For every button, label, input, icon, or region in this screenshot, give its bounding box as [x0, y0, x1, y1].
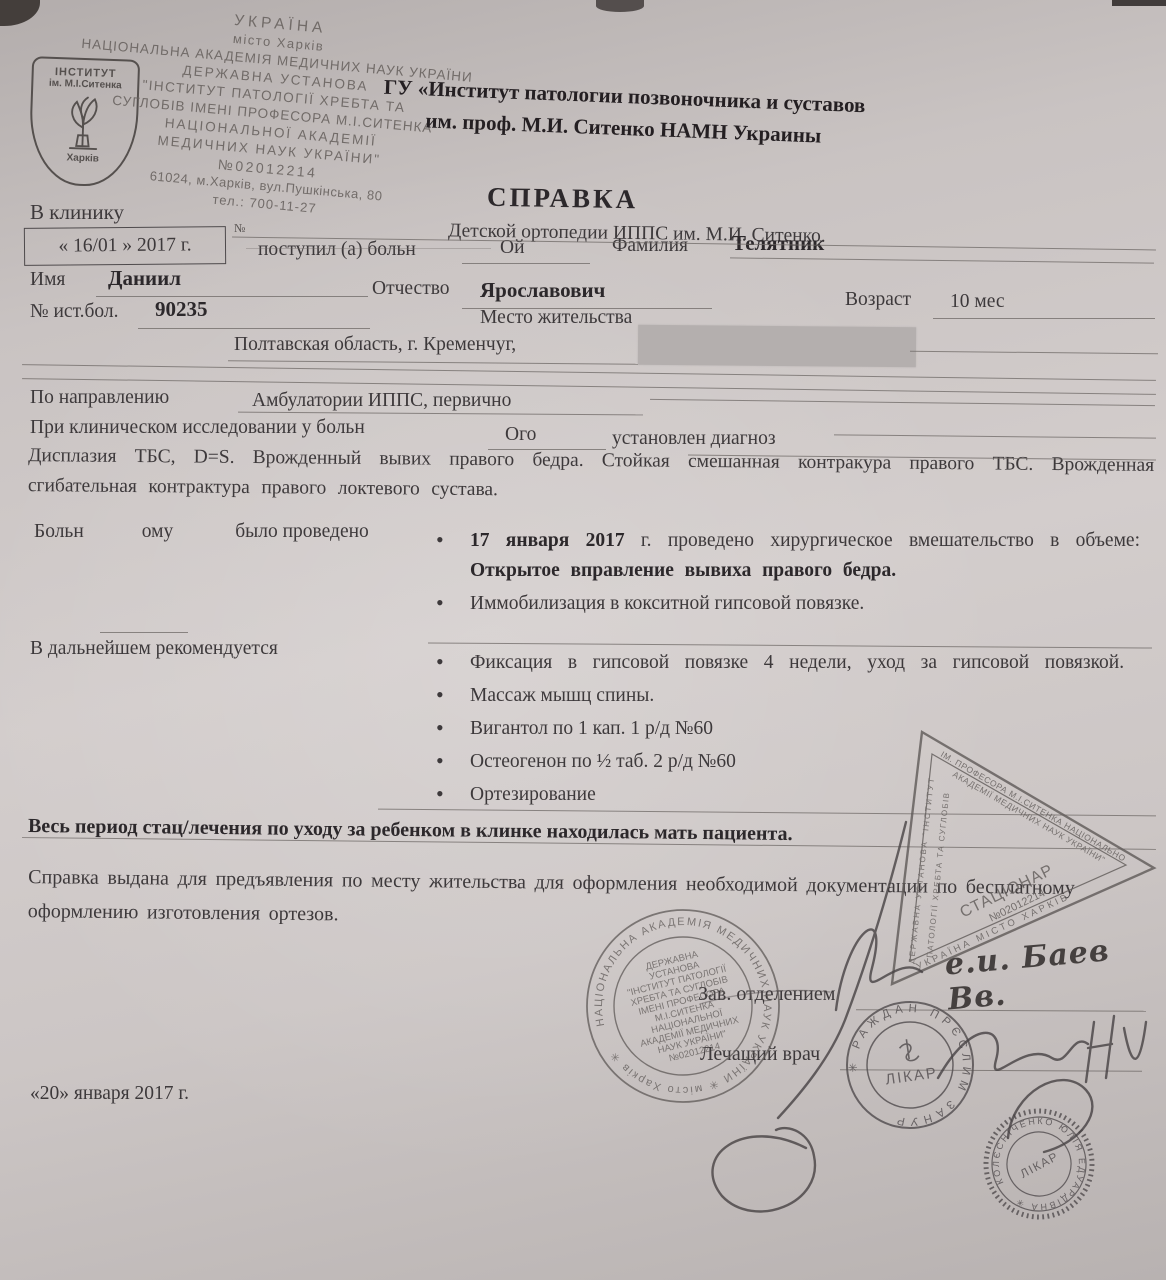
form-rule — [138, 328, 370, 329]
referral-label: По направлению — [30, 386, 169, 409]
exam-suffix: Ого — [505, 423, 536, 446]
performed-label-3: было проведено — [235, 521, 369, 542]
doctor-seal-ring-text: ✳ РАЖДАН ПРЄСЛИМ ЗАНУР — [840, 995, 981, 1136]
photo-corner-artifact — [0, 0, 40, 26]
form-rule — [22, 378, 1156, 395]
recommendations-label: В дальнейшем рекомендуется — [30, 637, 278, 660]
form-rule — [910, 351, 1158, 355]
firstname-value: Даниил — [108, 266, 181, 291]
diagnosis-text: Дисплазия ТБС, D=S. Врожденный вывих пра… — [28, 441, 1154, 511]
triangle-edge-text: ІМ. ПРОФЕСОРА М.І.СИТЕНКА НАЦІОНАЛЬНОЇ — [856, 712, 1128, 864]
photo-corner-artifact — [1112, 0, 1166, 6]
small-seal-center-text: ЛІКАР — [1018, 1149, 1061, 1181]
form-rule — [650, 399, 1155, 406]
triangle-stamp: ІМ. ПРОФЕСОРА М.І.СИТЕНКА НАЦІОНАЛЬНОЇ А… — [856, 712, 1166, 1018]
firstname-label: Имя — [30, 268, 65, 291]
patronymic-value: Ярославович — [480, 278, 605, 303]
performed-label: Больномубыло проведено — [34, 520, 369, 543]
form-rule — [834, 434, 1156, 438]
performed-item: Иммобилизация в кокситной гипсовой повяз… — [428, 589, 1140, 619]
referral-value: Амбулатории ИППС, первично — [252, 389, 511, 412]
performed-item-text: г. проведено хирургическое вмешательство… — [625, 530, 1140, 551]
svg-text:✳ РАЖДАН ПРЄСЛИМ ЗАНУР: ✳ РАЖДАН ПРЄСЛИМ ЗАНУР — [840, 995, 981, 1136]
performed-item-procedure: Открытое вправление вывиха правого бедра… — [470, 560, 896, 581]
age-value: 10 мес — [950, 290, 1005, 313]
case-no-label: № ист.бол. — [30, 300, 119, 323]
svg-text:АКАДЕМІЇ МЕДИЧНИХ НАУК УКРАЇНИ: АКАДЕМІЇ МЕДИЧНИХ НАУК УКРАЇНИ" — [951, 769, 1107, 865]
address-value: Полтавская область, г. Кременчуг, — [234, 333, 516, 356]
form-rule — [488, 449, 606, 450]
performed-label-1: Больн — [34, 521, 84, 542]
document-scan: ІНСТИТУТ ім. М.І.Ситенка Харків УКРАЇНА … — [0, 0, 1166, 1280]
issue-date: «20» января 2017 г. — [30, 1082, 189, 1105]
form-rule — [462, 308, 712, 309]
residence-label: Место жительства — [480, 306, 632, 329]
doctor-seal-stamp: ✳ РАЖДАН ПРЄСЛИМ ЗАНУР ЛІКАР — [831, 986, 989, 1144]
performed-label-2: ому — [142, 521, 173, 542]
clinic-label: В клинику — [30, 200, 124, 225]
doctor-seal-center-text: ЛІКАР — [884, 1064, 939, 1088]
form-rule — [22, 364, 1156, 381]
form-rule — [96, 296, 368, 297]
patronymic-label: Отчество — [372, 277, 450, 300]
admission-date-box: « 16/01 » 2017 г. — [24, 226, 226, 266]
form-rule — [730, 257, 1154, 263]
svg-text:ІМ. ПРОФЕСОРА М.І.СИТЕНКА НАЦІ: ІМ. ПРОФЕСОРА М.І.СИТЕНКА НАЦІОНАЛЬНОЇ — [856, 712, 1128, 864]
surname-label: Фамилия — [612, 234, 688, 257]
performed-list: 17 января 2017 г. проведено хирургическо… — [428, 526, 1140, 622]
performed-item: 17 января 2017 г. проведено хирургическо… — [428, 526, 1140, 586]
performed-item-date: 17 января 2017 — [470, 530, 625, 551]
form-rule — [246, 248, 491, 249]
form-rule — [933, 318, 1155, 319]
recommendation-item: Фиксация в гипсовой повязке 4 недели, ух… — [428, 648, 1140, 678]
exam-text: При клиническом исследовании у больн — [30, 416, 365, 439]
form-rule — [100, 632, 188, 633]
redaction-box — [638, 325, 916, 367]
age-label: Возраст — [845, 288, 911, 311]
doc-title: СПРАВКА — [487, 182, 639, 216]
case-no-value: 90235 — [155, 297, 208, 322]
form-rule — [462, 263, 590, 264]
number-label: № — [234, 221, 245, 236]
admitted-text: поступил (а) больн — [258, 238, 416, 261]
form-rule — [228, 360, 638, 365]
recommendation-item: Массаж мышц спины. — [428, 681, 1140, 711]
triangle-edge-text: АКАДЕМІЇ МЕДИЧНИХ НАУК УКРАЇНИ" — [951, 769, 1107, 865]
form-rule — [238, 412, 643, 416]
photo-corner-artifact — [596, 0, 644, 12]
